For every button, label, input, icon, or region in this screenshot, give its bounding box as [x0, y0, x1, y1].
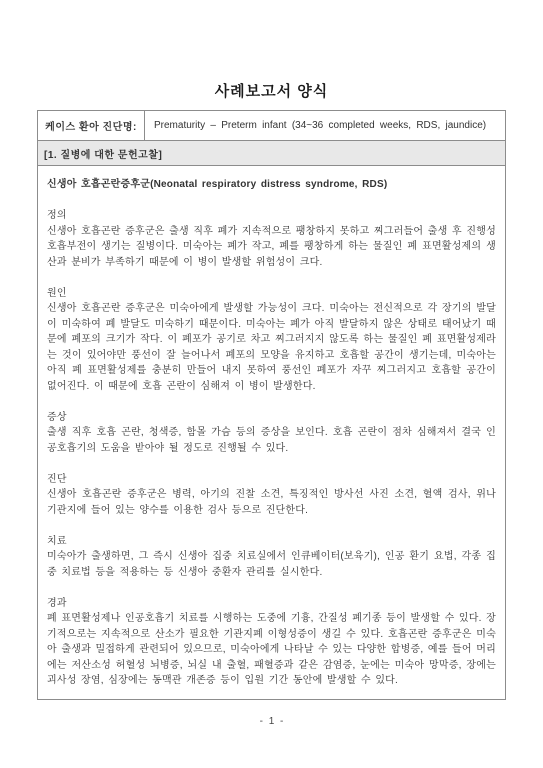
diagnosis-row: 케이스 환아 진단명: Prematurity – Preterm infant… — [38, 111, 506, 141]
section-text: 신생아 호흡곤란 증후군은 미숙아에게 발생할 가능성이 크다. 미숙아는 전신… — [47, 301, 496, 394]
section-symptoms: 증상 출생 직후 호흡 곤란, 청색증, 함몰 가슴 등의 증상을 보인다. 호… — [47, 410, 496, 457]
section-header-row: [1. 질병에 대한 문헌고찰] — [38, 141, 506, 166]
content-row: 신생아 호흡곤란증후군(Neonatal respiratory distres… — [38, 166, 506, 700]
diagnosis-value: Prematurity – Preterm infant (34~36 comp… — [145, 111, 506, 141]
case-report-table: 케이스 환아 진단명: Prematurity – Preterm infant… — [37, 110, 506, 700]
section-cause: 원인 신생아 호흡곤란 증후군은 미숙아에게 발생할 가능성이 크다. 미숙아는… — [47, 286, 496, 395]
literature-review-section-header: [1. 질병에 대한 문헌고찰] — [38, 141, 506, 166]
section-label: 치료 — [47, 534, 496, 550]
literature-review-content: 신생아 호흡곤란증후군(Neonatal respiratory distres… — [38, 166, 506, 700]
page-number: - 1 - — [0, 716, 543, 727]
section-prognosis: 경과 폐 표면활성제나 인공호흡기 치료를 시행하는 도중에 기흉, 간질성 폐… — [47, 596, 496, 689]
section-diagnosis: 진단 신생아 호흡곤란 증후군은 병력, 아기의 진찰 소견, 특징적인 방사선… — [47, 472, 496, 519]
section-text: 신생아 호흡곤란 증후군은 병력, 아기의 진찰 소견, 특징적인 방사선 사진… — [47, 487, 496, 518]
diagnosis-label: 케이스 환아 진단명: — [38, 111, 145, 141]
page-title: 사례보고서 양식 — [0, 83, 543, 101]
section-text: 미숙아가 출생하면, 그 즉시 신생아 집중 치료실에서 인큐베이터(보육기),… — [47, 549, 496, 580]
section-treatment: 치료 미숙아가 출생하면, 그 즉시 신생아 집중 치료실에서 인큐베이터(보육… — [47, 534, 496, 581]
section-label: 증상 — [47, 410, 496, 426]
section-label: 원인 — [47, 286, 496, 302]
section-label: 정의 — [47, 208, 496, 224]
document-page: 사례보고서 양식 케이스 환아 진단명: Prematurity – Prete… — [0, 0, 543, 768]
section-definition: 정의 신생아 호흡곤란 증후군은 출생 직후 폐가 지속적으로 팽창하지 못하고… — [47, 208, 496, 270]
section-label: 진단 — [47, 472, 496, 488]
rds-heading: 신생아 호흡곤란증후군(Neonatal respiratory distres… — [47, 177, 496, 193]
section-text: 신생아 호흡곤란 증후군은 출생 직후 폐가 지속적으로 팽창하지 못하고 찌그… — [47, 224, 496, 271]
section-label: 경과 — [47, 596, 496, 612]
section-text: 폐 표면활성제나 인공호흡기 치료를 시행하는 도중에 기흉, 간질성 폐기종 … — [47, 611, 496, 689]
section-text: 출생 직후 호흡 곤란, 청색증, 함몰 가슴 등의 증상을 보인다. 호흡 곤… — [47, 425, 496, 456]
